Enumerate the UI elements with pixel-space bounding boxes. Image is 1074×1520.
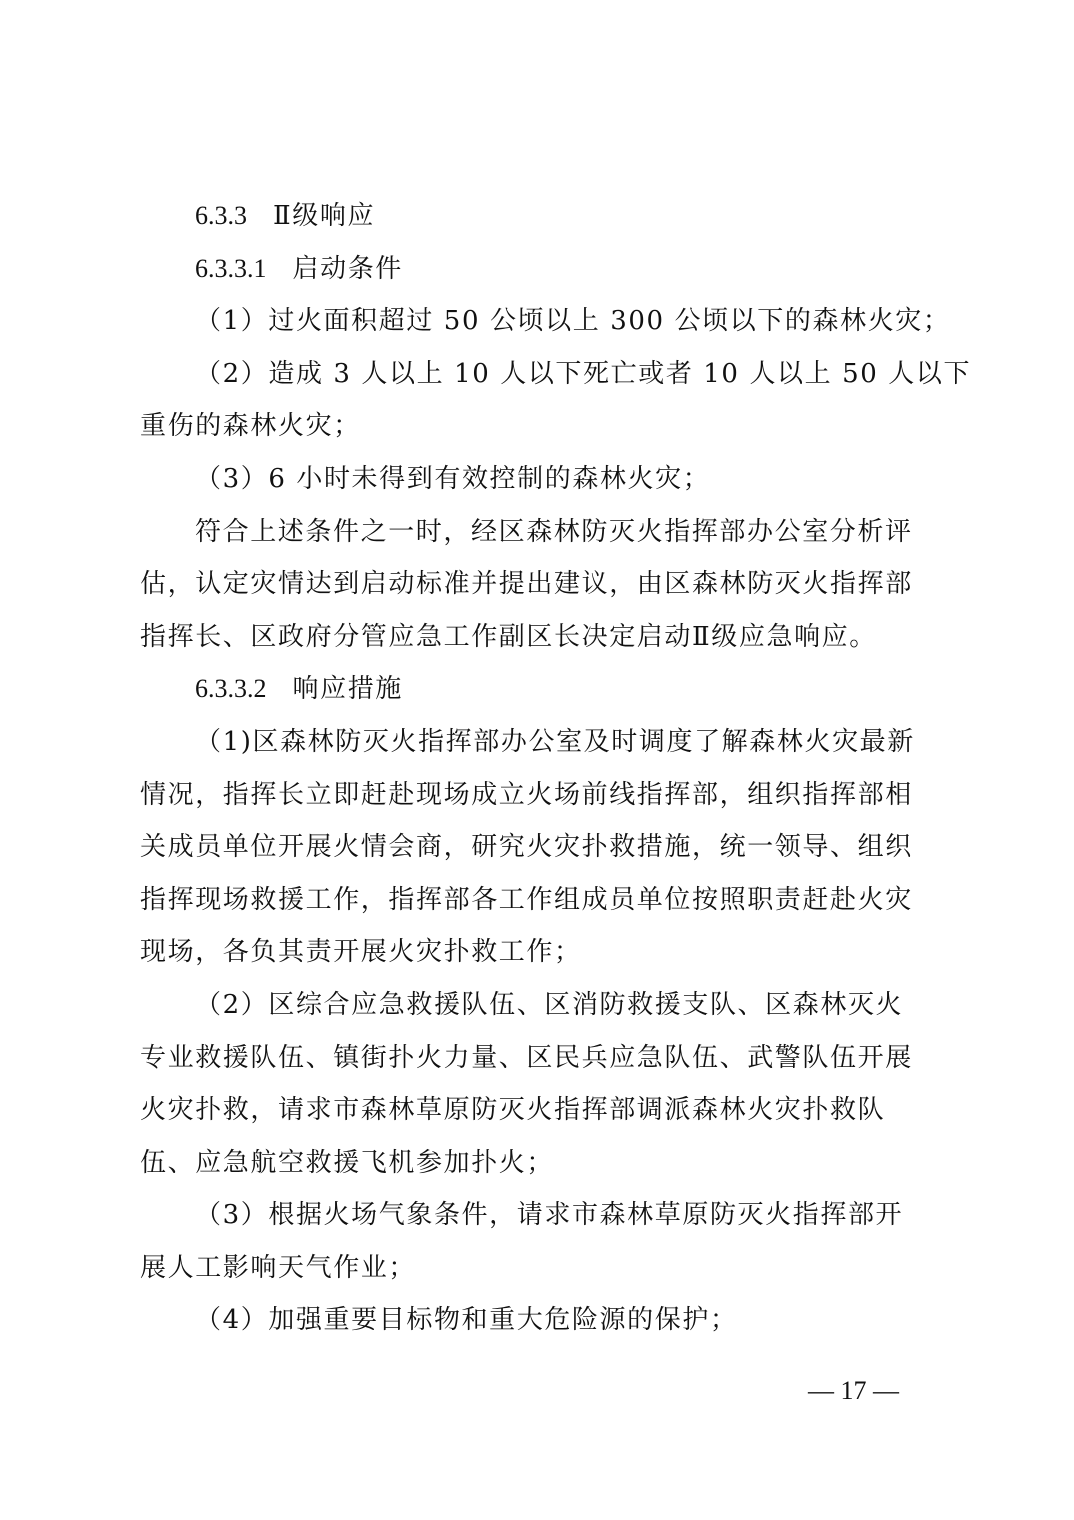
measure-item-continued: 关成员单位开展火情会商，研究火灾扑救措施，统一领导、组织 [140, 821, 940, 874]
measure-item: （1)区森林防灭火指挥部办公室及时调度了解森林火灾最新 [140, 716, 940, 769]
measure-item-continued: 火灾扑救，请求市森林草原防灭火指挥部调派森林火灾扑救队 [140, 1084, 940, 1137]
measure-item-continued: 伍、应急航空救援飞机参加扑火； [140, 1137, 940, 1190]
condition-item: （2）造成 3 人以上 10 人以下死亡或者 10 人以上 50 人以下 [140, 348, 940, 401]
measure-item: （2）区综合应急救援队伍、区消防救援支队、区森林灭火 [140, 979, 940, 1032]
subsection-heading: 6.3.3.2响应措施 [140, 663, 940, 716]
summary-paragraph-continued: 指挥长、区政府分管应急工作副区长决定启动Ⅱ级应急响应。 [140, 611, 940, 664]
section-heading: 6.3.3Ⅱ级响应 [140, 190, 940, 243]
section-number: 6.3.3 [195, 190, 247, 243]
measure-item-continued: 专业救援队伍、镇街扑火力量、区民兵应急队伍、武警队伍开展 [140, 1032, 940, 1085]
summary-paragraph-continued: 估，认定灾情达到启动标准并提出建议，由区森林防灭火指挥部 [140, 558, 940, 611]
measure-item: （4）加强重要目标物和重大危险源的保护； [140, 1294, 940, 1347]
subsection-heading: 6.3.3.1启动条件 [140, 243, 940, 296]
section-title: Ⅱ级响应 [273, 201, 375, 231]
page-number: — 17 — [808, 1376, 899, 1406]
document-page: 6.3.3Ⅱ级响应 6.3.3.1启动条件 （1）过火面积超过 50 公顷以上 … [140, 190, 940, 1347]
summary-paragraph: 符合上述条件之一时，经区森林防灭火指挥部办公室分析评 [140, 506, 940, 559]
subsection-title: 启动条件 [293, 254, 403, 284]
measure-item-continued: 指挥现场救援工作，指挥部各工作组成员单位按照职责赶赴火灾 [140, 874, 940, 927]
measure-item: （3）根据火场气象条件，请求市森林草原防灭火指挥部开 [140, 1189, 940, 1242]
subsection-number: 6.3.3.1 [195, 243, 267, 296]
measure-item-continued: 情况，指挥长立即赶赴现场成立火场前线指挥部，组织指挥部相 [140, 769, 940, 822]
condition-item: （1）过火面积超过 50 公顷以上 300 公顷以下的森林火灾； [140, 295, 940, 348]
measure-item-continued: 现场，各负其责开展火灾扑救工作； [140, 926, 940, 979]
condition-item-continued: 重伤的森林火灾； [140, 400, 940, 453]
condition-item: （3）6 小时未得到有效控制的森林火灾； [140, 453, 940, 506]
measure-item-continued: 展人工影响天气作业； [140, 1242, 940, 1295]
subsection-number: 6.3.3.2 [195, 663, 267, 716]
subsection-title: 响应措施 [293, 674, 403, 704]
